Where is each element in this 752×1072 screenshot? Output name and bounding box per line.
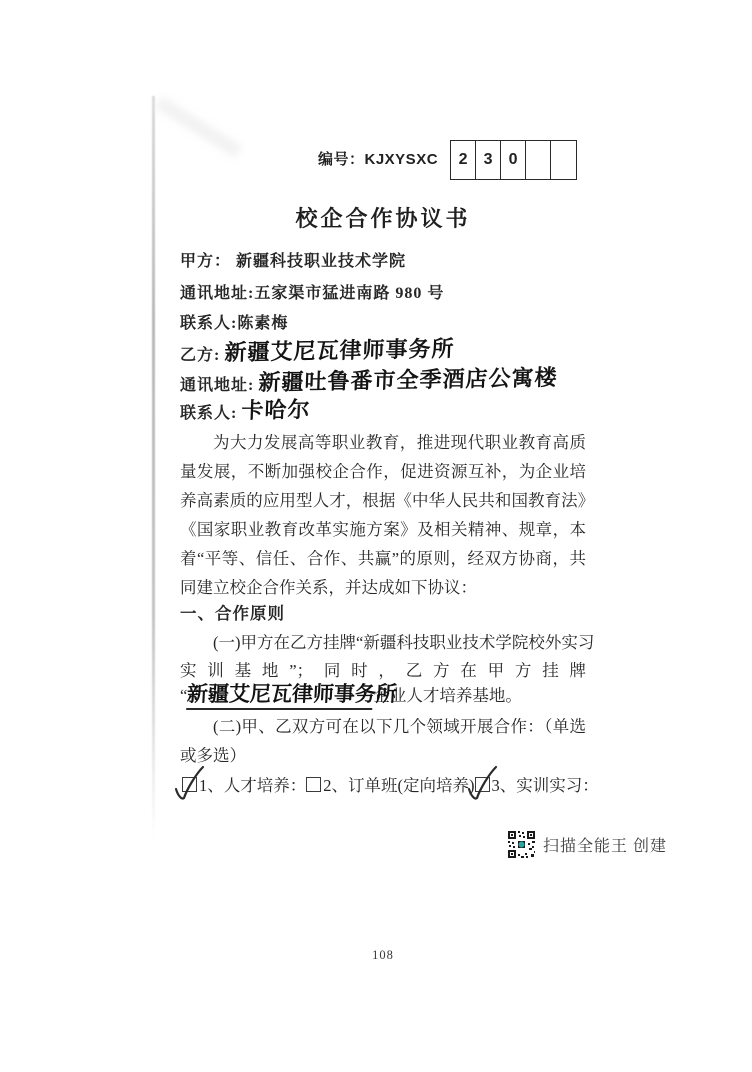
code-cell — [526, 141, 551, 179]
checkbox-3 — [475, 777, 490, 792]
section-1-heading: 一、合作原则 — [180, 600, 285, 624]
checkbox-2 — [306, 777, 321, 792]
cooperation-options-row: 1、人才培养： 2、订单班(定向培养) 3、实训实习： — [182, 772, 588, 796]
scanner-note-text: 扫描全能王 创建 — [543, 833, 667, 856]
option-1-label: 1、人才培养： — [199, 772, 306, 796]
section-1-item-1-line-1: (一)甲方在乙方挂牌“新疆科技职业技术学院校外实习 — [180, 629, 586, 653]
party-b-address-line: 通讯地址: 新疆吐鲁番市全季酒店公寓楼 — [180, 366, 557, 397]
party-a-contact-line: 联系人:陈素梅 — [180, 310, 600, 333]
scan-smudge — [155, 96, 243, 158]
document-number-label: 编号：KJXYSXC — [318, 141, 438, 179]
code-cell-table: 2 3 0 — [450, 140, 577, 180]
option-order-class: 2、订单班(定向培养) — [306, 772, 474, 796]
party-b-name-label: 乙方: — [180, 342, 220, 365]
checkbox-1 — [182, 777, 197, 792]
scanned-agreement-page: 编号：KJXYSXC 2 3 0 校企合作协议书 甲方： 新疆科技职业技术学院 … — [0, 0, 752, 1072]
code-cell: 2 — [451, 141, 476, 179]
scanner-watermark-row: 扫描全能王 创建 — [507, 830, 667, 859]
code-cell — [551, 141, 576, 179]
item-1-handwritten-blank: 新疆艾尼瓦律师事务所 — [186, 678, 374, 710]
page-number: 108 — [180, 948, 586, 963]
code-cell: 3 — [476, 141, 501, 179]
document-title: 校企合作协议书 — [180, 202, 586, 233]
preamble-paragraph: 为大力发展高等职业教育，推进现代职业教育高质量发展，不断加强校企合作，促进资源互… — [180, 428, 586, 602]
section-1-item-2: (二)甲、乙双方可在以下几个领域开展合作：（单选或多选） — [180, 712, 586, 770]
party-a-address-line: 通讯地址:五家渠市猛进南路 980 号 — [180, 280, 600, 303]
option-talent-training: 1、人才培养： — [182, 772, 306, 796]
section-1-item-1-line-3: “新疆艾尼瓦律师事务所企业人才培养基地。 — [180, 678, 586, 710]
party-b-contact-label: 联系人: — [180, 400, 237, 423]
option-3-label: 3、实训实习： — [492, 772, 599, 796]
code-cell: 0 — [501, 141, 526, 179]
party-b-address-handwritten: 新疆吐鲁番市全季酒店公寓楼 — [258, 361, 558, 397]
party-b-address-label: 通讯地址: — [180, 372, 254, 395]
party-b-contact-handwritten: 卡哈尔 — [241, 393, 311, 425]
option-2-label: 2、订单班(定向培养) — [323, 772, 474, 796]
party-a-name-line: 甲方： 新疆科技职业技术学院 — [180, 248, 600, 271]
qr-code-icon — [507, 830, 536, 859]
document-number-row: 编号：KJXYSXC 2 3 0 — [318, 140, 577, 180]
party-b-contact-line: 联系人: 卡哈尔 — [180, 394, 310, 425]
scan-page-edge-shadow — [152, 96, 155, 838]
option-practical-training: 3、实训实习： — [475, 772, 599, 796]
party-b-name-handwritten: 新疆艾尼瓦律师事务所 — [224, 332, 455, 367]
